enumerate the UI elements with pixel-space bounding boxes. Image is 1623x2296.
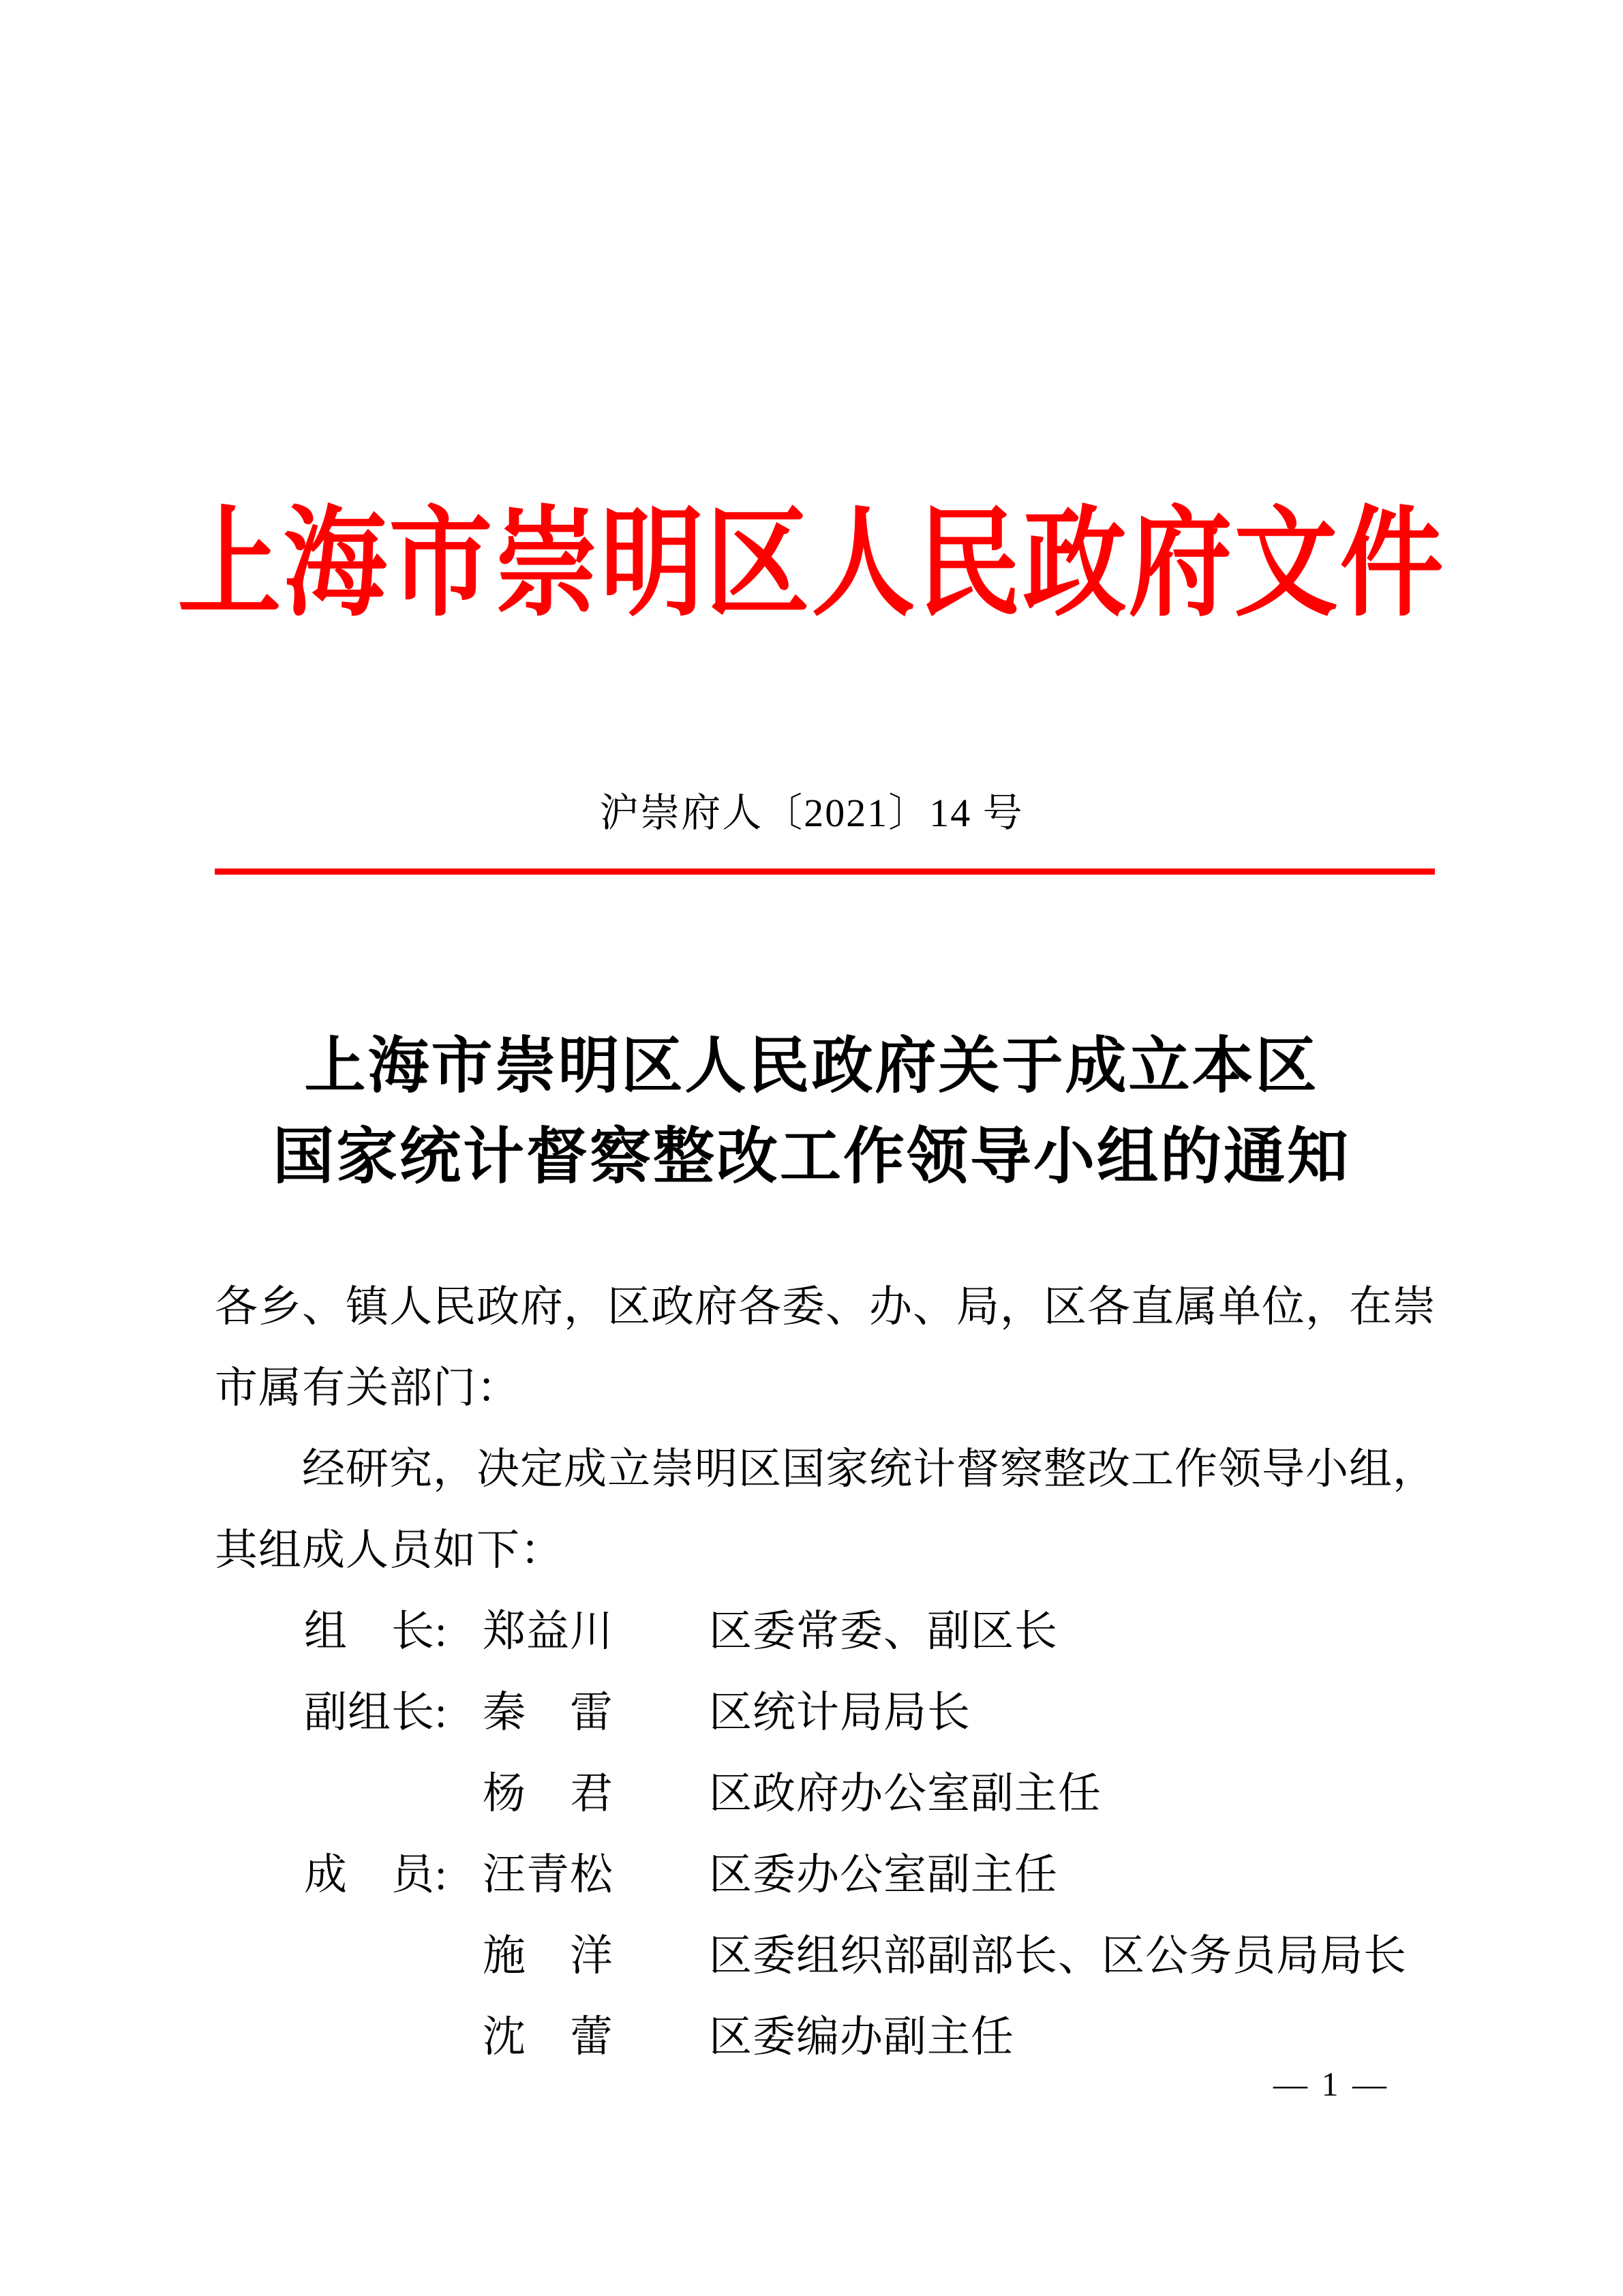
document-body: 各乡、镇人民政府，区政府各委、办、局，区各直属单位，在崇 市属有关部门： 经研究… [215, 1263, 1442, 2074]
document-reference-number: 沪崇府人〔2021〕14 号 [0, 789, 1623, 837]
member-name: 秦 雷 [483, 1678, 709, 1740]
paragraph-line: 经研究，决定成立崇明区国家统计督察整改工作领导小组， [215, 1425, 1442, 1506]
member-row: 副组长: 秦 雷 区统计局局长 [215, 1668, 1442, 1749]
member-role-label: 成 员: [304, 1840, 483, 1902]
red-divider-line [215, 868, 1435, 875]
member-row: 杨 君 区政府办公室副主任 [215, 1749, 1442, 1830]
member-position: 区统计局局长 [709, 1678, 971, 1740]
member-name: 汪青松 [483, 1840, 709, 1902]
member-position: 区委编办副主任 [709, 2002, 1014, 2064]
member-role-label: 副组长: [304, 1678, 483, 1740]
member-name: 施 洋 [483, 1921, 709, 1983]
salutation-line: 各乡、镇人民政府，区政府各委、办、局，区各直属单位，在崇 [215, 1263, 1442, 1344]
document-page: 上海市崇明区人民政府文件 沪崇府人〔2021〕14 号 上海市崇明区人民政府关于… [0, 0, 1623, 2296]
member-row: 沈 蕾 区委编办副主任 [215, 1993, 1442, 2074]
salutation-line: 市属有关部门： [215, 1344, 1442, 1425]
document-title: 上海市崇明区人民政府关于成立本区 国家统计督察整改工作领导小组的通知 [0, 1021, 1623, 1203]
member-position: 区政府办公室副主任 [709, 1759, 1102, 1821]
member-name: 沈 蕾 [483, 2002, 709, 2064]
document-title-line-2: 国家统计督察整改工作领导小组的通知 [0, 1112, 1623, 1203]
paragraph-line: 其组成人员如下： [215, 1506, 1442, 1587]
page-number: — 1 — [1253, 2064, 1410, 2104]
member-position: 区委常委、副区长 [709, 1597, 1058, 1659]
member-name: 杨 君 [483, 1759, 709, 1821]
member-row: 施 洋 区委组织部副部长、区公务员局局长 [215, 1912, 1442, 1993]
member-name: 郑益川 [483, 1597, 709, 1659]
document-title-line-1: 上海市崇明区人民政府关于成立本区 [0, 1021, 1623, 1112]
member-position: 区委组织部副部长、区公务员局局长 [709, 1921, 1407, 1983]
member-role-label: 组 长: [304, 1597, 483, 1659]
member-row: 成 员: 汪青松 区委办公室副主任 [215, 1830, 1442, 1912]
letterhead-title: 上海市崇明区人民政府文件 [0, 496, 1623, 633]
member-position: 区委办公室副主任 [709, 1840, 1058, 1902]
member-row: 组 长: 郑益川 区委常委、副区长 [215, 1587, 1442, 1668]
